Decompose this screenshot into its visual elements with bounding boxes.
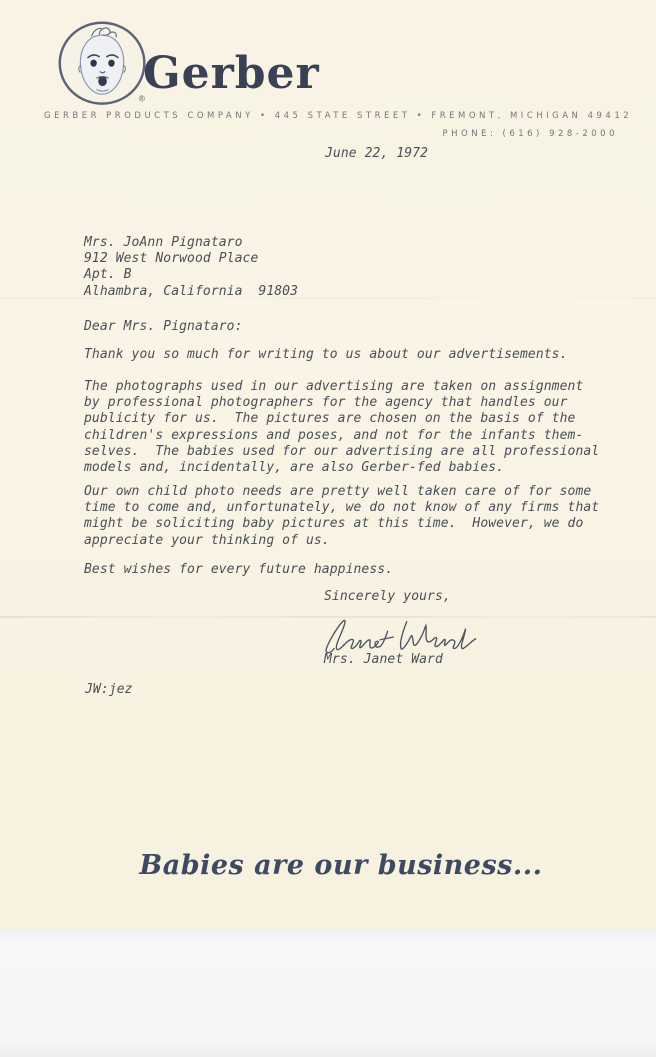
body-paragraph-2: The photographs used in our advertising …	[84, 379, 599, 476]
body-paragraph-1: Thank you so much for writing to us abou…	[84, 347, 568, 363]
phone-line: PHONE: (616) 928-2000	[0, 129, 618, 139]
letter-date: June 22, 1972	[325, 146, 428, 162]
salutation: Dear Mrs. Pignataro:	[84, 319, 243, 335]
gerber-baby-face-icon: ®	[56, 20, 150, 112]
closing-line: Sincerely yours,	[324, 589, 451, 605]
reference-initials: JW:jez	[85, 682, 133, 698]
company-slogan: Babies are our business...	[26, 850, 656, 881]
recipient-address-block: Mrs. JoAnn Pignataro 912 West Norwood Pl…	[84, 235, 298, 300]
company-address-line: GERBER PRODUCTS COMPANY • 445 STATE STRE…	[44, 111, 632, 121]
scan-background	[0, 929, 656, 1057]
body-paragraph-3: Our own child photo needs are pretty wel…	[84, 484, 599, 549]
typed-signature-name: Mrs. Janet Ward	[324, 652, 443, 668]
body-paragraph-4: Best wishes for every future happiness.	[84, 562, 393, 578]
scanned-gerber-letter: { "colors": { "paper": "#f8f3e3", "backd…	[0, 0, 656, 1057]
brand-wordmark: Gerber	[143, 52, 320, 96]
letter-paper: ® Gerber GERBER PRODUCTS COMPANY • 445 S…	[0, 0, 656, 929]
